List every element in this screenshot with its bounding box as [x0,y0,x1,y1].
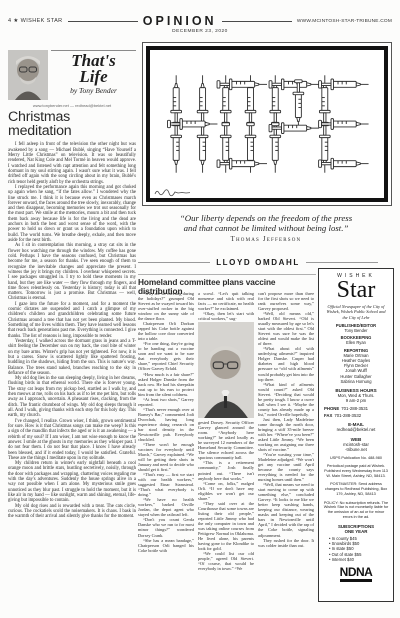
author-byline: LLOYD OMDAHL [138,258,378,267]
fax-label: FAX [324,413,332,418]
author-contact-line: www.tonybender.net — redhead@bektel.net [8,103,136,108]
subscription-rates: In county $45Snowbirds $50In state $50Ou… [322,536,390,563]
policy-note: POLICY: No subscription refunds. The Wis… [322,501,390,520]
lloyd-omdahl-photo [198,322,254,418]
article-paragraph: Yesterday, I walked across the dormant g… [8,339,136,376]
subscription-rate-item: Internet $40 [322,557,390,562]
cartoonist-signature [153,187,193,197]
staff-name: Sabrina Hornung [322,379,390,384]
article-paragraph: “They said over at the Courthouse that s… [198,501,254,551]
article-paragraph: “She has a mean bandage,” Chairperson Or… [138,538,194,553]
article-paragraph: As I sit in contemplation this morning, … [8,243,136,301]
article-paragraph: “Well, old means old,” barked Old Siever… [258,311,314,346]
column-title-block: That's Life by Tony Bender [51,50,136,100]
article-paragraph: a scowl. “Let's quit talking nonsense an… [198,291,254,311]
issue-date: DECEMBER 23, 2020 [0,29,400,34]
postmaster-note: POSTMASTER: Send address changes to Redh… [322,482,390,497]
column-title-2: Life [51,69,136,85]
article-paragraph: “This is a retirement community,” Josh f… [198,460,254,480]
phone-number: 701-288-3531 [341,406,368,411]
quote-attribution: Thomas Jefferson [140,236,392,243]
article-paragraph: I replayed the performance again this mo… [8,185,136,243]
page-number-label: 4 ★ WISHEK STAR [8,18,63,24]
article-paragraph: “Why are we meeting during the holidays?… [138,291,194,321]
web-address-2: -tribune.net [322,447,390,452]
usps-note: USPS Publication No. 488-980 [322,456,390,461]
newspaper-masthead-box: WISHEK Star Official Newspaper of the Ci… [318,268,394,602]
article-paragraph: I've changed, I realize. Grown wiser, I … [8,419,136,462]
article-paragraph: “What kind of ailments would count?” ask… [258,382,314,417]
article-paragraph: “There won't be enough vaccines for ever… [138,442,194,472]
article-paragraph: My old dog lies in the sun sleeping deep… [8,376,136,419]
article-paragraph: Chairperson Orli Dorkun rapped his Coke … [138,321,194,341]
ndna-logo: NDNA [340,566,373,582]
article-paragraph: I gaze into the future for a moment, and… [8,302,136,339]
article-paragraph: My children return in winter's early nig… [8,461,136,504]
article-paragraph: “What about old with underlying ailments… [258,346,314,381]
article-paragraph: “You're wasting your time,” Madeleine ad… [258,452,314,482]
page-header: 4 ★ WISHEK STAR OPINION WWW.MCINTOSH-STA… [8,14,392,28]
article-paragraph: “We could list our old people,” agreed O… [198,551,254,571]
article-paragraph: My old dog rises and is rewarded with a … [8,504,136,520]
article-column-1: “Why are we meeting during the holidays?… [138,291,194,615]
article-paragraph: “Don't you count Gerda Danske who we run… [138,517,194,537]
article-paragraph: “At least two shots,” Garvey reported. [138,397,194,407]
article-paragraph: Just then, Lady Madeleine came through t… [258,417,314,452]
tony-bender-photo [8,50,48,100]
thats-life-column: That's Life by Tony Bender www.tonybende… [8,50,136,520]
article-paragraph: “Well, that means we need to start movin… [258,482,314,537]
editorial-cartoon [142,42,392,206]
fax-number: 701-288-3532 [334,413,361,418]
quote-line-1: “Our liberty depends on the freedom of t… [140,213,392,223]
periodical-note: Periodical postage paid at Wishek. Publi… [322,464,390,479]
hope-syringes-illustration [158,56,376,192]
phone-row: PHONE 701-288-3531 [322,406,390,411]
email-address: redhead@bektel.net [322,427,390,432]
article-paragraph: I fell asleep in front of the television… [8,142,136,185]
article-paragraph: gested Dorsey. Security Officer Garvey g… [198,420,254,460]
article-column-2: a scowl. “Let's quit talking nonsense an… [198,291,254,615]
masthead-name: Star [322,279,390,302]
jefferson-quote: “Our liberty depends on the freedom of t… [140,213,392,243]
reporters-list: Marie OrtmanHeather GaylesFlynn DeckerJo… [322,353,390,384]
article-column-3: can't propose more than three for the fi… [258,291,314,615]
column-body: I fell asleep in front of the television… [8,142,136,519]
column-headline: Christmas meditation [8,110,136,138]
cartoon-frame [146,46,388,202]
article-paragraph: “We have no health workers,” barked Orvi… [138,497,194,517]
header-rule-right [222,21,292,22]
article-paragraph: can't propose more than three for the fi… [258,291,314,311]
subscriptions-subtitle: ONE YEAR [322,529,390,534]
section-title: OPINION [143,14,217,28]
business-hours-time: 9 am-2 pm [322,398,390,403]
article-paragraph: “That's easy — first we start with our h… [138,472,194,497]
article-paragraph: “Okay, then let's start with critical wo… [198,311,254,321]
staff-name: Ellen Ryan [322,340,390,345]
article-paragraph: “For one thing, they're going to be hand… [138,341,194,371]
official-newspaper-note: Official Newspaper of the City of Wishek… [324,304,388,320]
header-rule-left [68,21,138,22]
article-paragraph: They rushed for the door. It was colder … [258,538,314,548]
staff-name: Tony Bender [322,328,390,333]
article-paragraph: “How much is a fair share?” asked Holger… [138,372,194,397]
phone-label: PHONE [324,406,339,411]
article-paragraph: “That's never enough over at Barney's Ba… [138,407,194,442]
article-paragraph: “Come on, folks,” nudged Orli. “If we do… [198,481,254,501]
column-byline: by Tony Bender [51,86,136,95]
article-body: “Why are we meeting during the holidays?… [138,291,314,615]
fax-row: FAX 701-288-3532 [322,413,390,418]
website-url: WWW.MCINTOSH-STAR-TRIBUNE.COM [297,19,392,24]
quote-line-2: and that cannot be limited without being… [140,223,392,233]
